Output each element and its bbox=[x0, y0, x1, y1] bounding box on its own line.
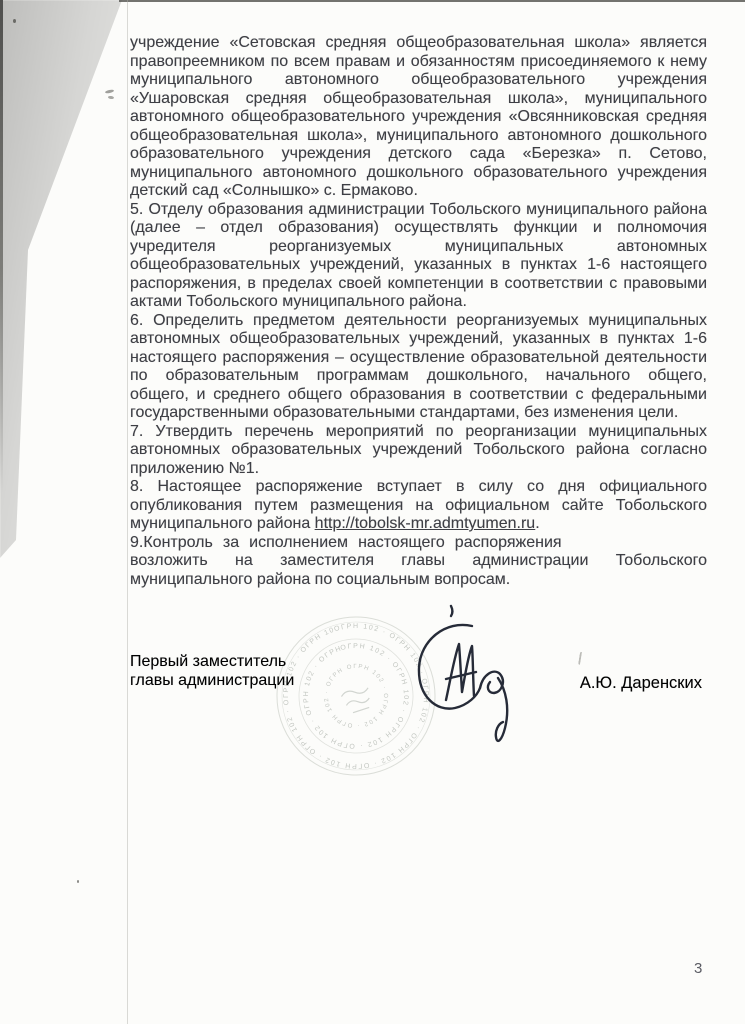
text-line: муниципального автономного общеобразоват… bbox=[130, 71, 707, 90]
text-line: правопреемником по всем правам и обязанн… bbox=[130, 53, 707, 72]
text-line: образовательного учреждения детского сад… bbox=[130, 145, 707, 164]
text-line: детский сад «Солнышко» с. Ермаково. bbox=[130, 182, 707, 201]
text-line: (далее – отдел образования) осуществлять… bbox=[130, 219, 707, 238]
paragraph: учреждение «Сетовская средняя общеобразо… bbox=[130, 34, 707, 201]
text-line: 7. Утвердить перечень мероприятий по рео… bbox=[130, 423, 707, 442]
scan-corner-fold-shadow bbox=[0, 0, 132, 585]
text-line: настоящего распоряжения – осуществление … bbox=[130, 349, 707, 368]
text-line: актами Тобольского муниципального района… bbox=[130, 293, 707, 312]
text-line: 8. Настоящее распоряжение вступает в сил… bbox=[130, 478, 707, 497]
scan-speck bbox=[77, 880, 79, 883]
text-line: муниципального автономного дошкольного о… bbox=[130, 164, 707, 183]
signer-position-line1: Первый заместитель bbox=[130, 653, 294, 672]
text-line: общеобразовательная школа», муниципально… bbox=[130, 127, 707, 146]
scan-speck bbox=[13, 19, 16, 23]
paragraph: 7. Утвердить перечень мероприятий по рео… bbox=[130, 423, 707, 479]
text-line: автономных образовательных учреждений То… bbox=[130, 441, 707, 460]
text-line: автономных общеобразовательных учреждени… bbox=[130, 330, 707, 349]
paragraph: 8. Настоящее распоряжение вступает в сил… bbox=[130, 478, 707, 534]
text-line: приложению №1. bbox=[130, 460, 707, 479]
text-line: учреждение «Сетовская средняя общеобразо… bbox=[130, 34, 707, 53]
scanned-document-page: учреждение «Сетовская средняя общеобразо… bbox=[0, 0, 745, 1024]
signer-position-line2: главы администрации bbox=[130, 672, 294, 691]
text-line: 9.Контроль за исполнением настоящего рас… bbox=[130, 534, 562, 553]
scan-vertical-fold-line bbox=[127, 0, 128, 1024]
paragraph: 9.Контроль за исполнением настоящего рас… bbox=[130, 534, 707, 590]
text-line: «Ушаровская средняя общеобразовательная … bbox=[130, 90, 707, 109]
text-line: общеобразовательных учреждений, указанны… bbox=[130, 256, 707, 275]
text-line: автономного общеобразовательного учрежде… bbox=[130, 108, 707, 127]
document-body-text: учреждение «Сетовская средняя общеобразо… bbox=[130, 34, 707, 589]
signer-name: А.Ю. Даренских bbox=[556, 674, 702, 693]
text-line: возложить на заместителя главы администр… bbox=[130, 552, 707, 571]
text-line: 5. Отделу образования администрации Тобо… bbox=[130, 201, 707, 220]
text-line: по образовательным программам дошкольног… bbox=[130, 367, 707, 386]
text-line: опубликования путем размещения на официа… bbox=[130, 497, 707, 516]
text-line: муниципального района http://tobolsk-mr.… bbox=[130, 515, 707, 534]
scan-left-edge-line bbox=[0, 0, 3, 492]
scan-speck bbox=[108, 96, 114, 100]
handwritten-signature bbox=[400, 596, 520, 756]
text-line: муниципального района по социальным вопр… bbox=[130, 571, 707, 590]
page-number: 3 bbox=[694, 960, 702, 977]
scan-speck bbox=[105, 89, 114, 94]
url-text: http://tobolsk-mr.admtyumen.ru bbox=[315, 515, 536, 532]
text-line: распоряжения, в пределах своей компетенц… bbox=[130, 275, 707, 294]
scan-top-edge-line bbox=[119, 0, 745, 2]
text-line: 6. Определить предметом деятельности рео… bbox=[130, 312, 707, 331]
paragraph: 5. Отделу образования администрации Тобо… bbox=[130, 201, 707, 312]
text-line: учредителя реорганизуемых муниципальных … bbox=[130, 238, 707, 257]
text-line: общего, и среднего общего образования в … bbox=[130, 386, 707, 405]
paragraph: 6. Определить предметом деятельности рео… bbox=[130, 312, 707, 423]
scan-pen-tick bbox=[578, 652, 584, 665]
signer-position-title: Первый заместитель главы администрации bbox=[130, 653, 294, 690]
text-line: государственными образовательными станда… bbox=[130, 404, 707, 423]
